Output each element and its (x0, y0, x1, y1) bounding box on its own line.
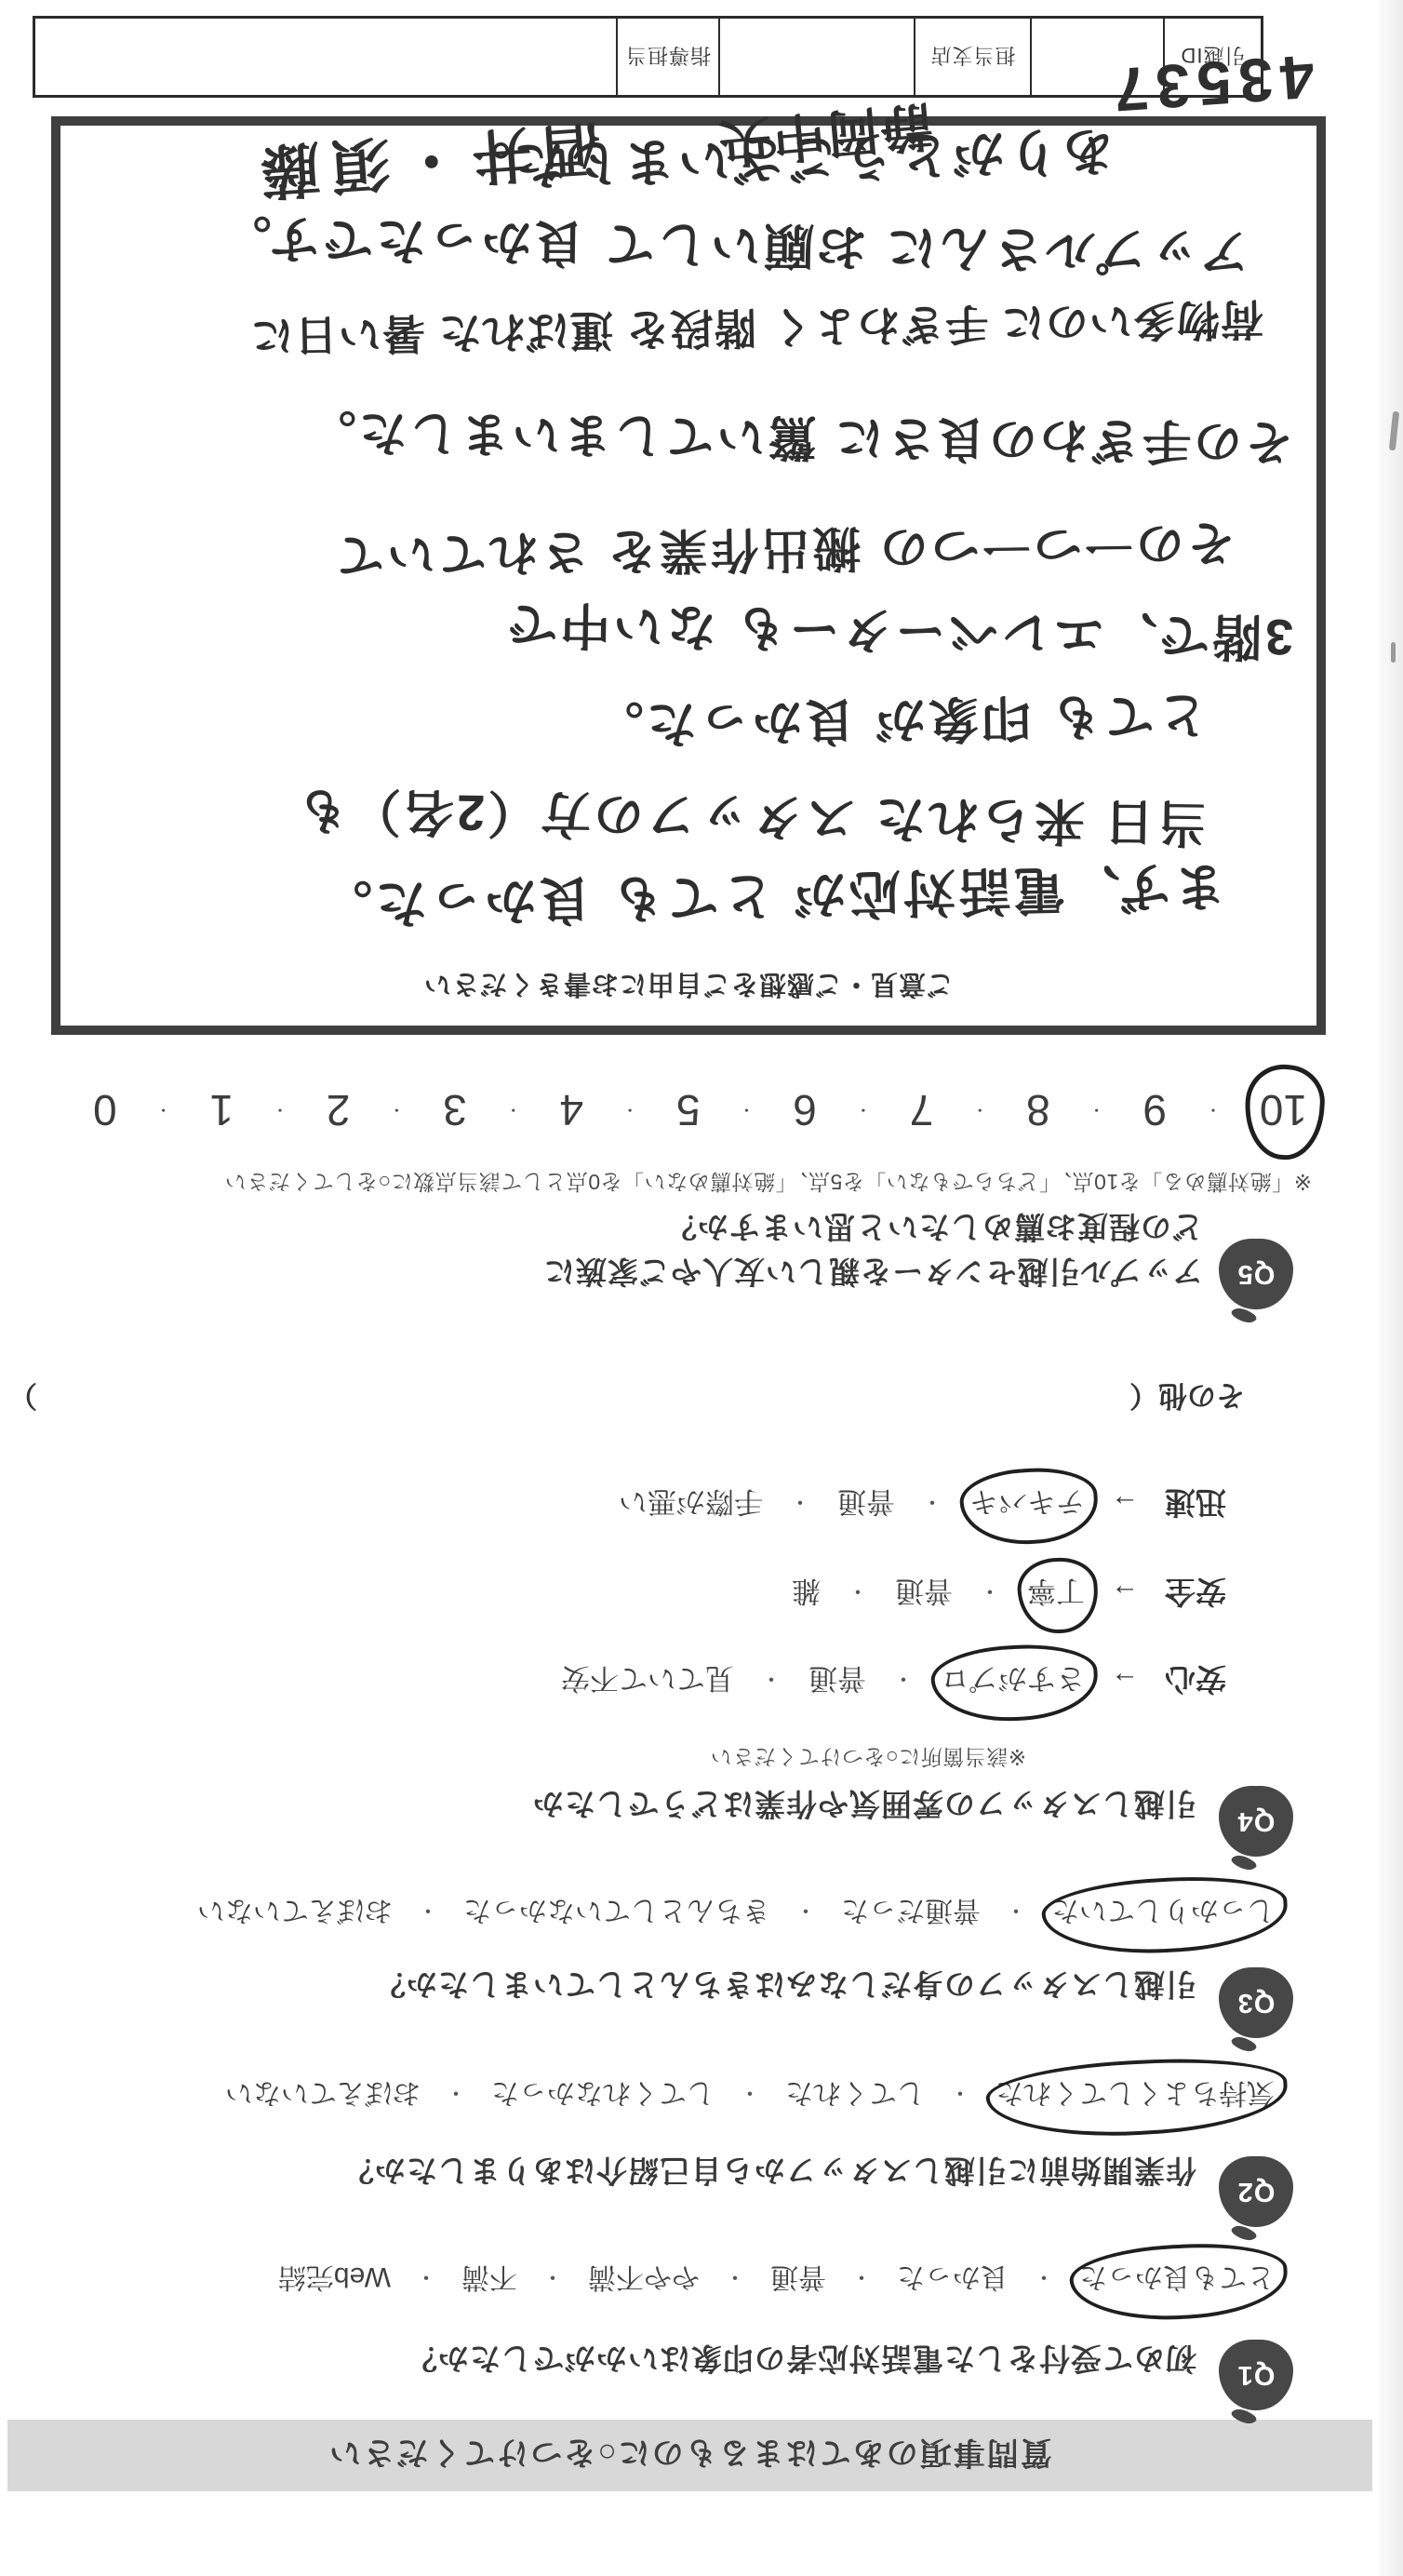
q3-badge-label: Q3 (1237, 1988, 1276, 2019)
scale-separator: ・ (505, 1098, 522, 1122)
scale-value: 2 (327, 1085, 351, 1135)
option-separator: ・ (445, 2080, 467, 2113)
q1-options: とても良かった ・ 良かった ・ 普通 ・ やや不満 ・ 不満 ・ Web完結 (278, 2260, 1275, 2301)
q1-option-selected: とても良かった (1079, 2260, 1275, 2301)
q4-row-jinsoku: 迅速 → テキパキ ・ 普通 ・ 手際が悪い (619, 1483, 1226, 1526)
arrow-right-icon: → (1111, 1489, 1139, 1521)
q2-option-selected: 気持ちよくしてくれた (995, 2075, 1275, 2116)
q5-badge-icon: Q5 (1219, 1239, 1293, 1309)
q4-badge-label: Q4 (1237, 1806, 1276, 1837)
q4-row-anshin: 安心 → さすがプロ ・ 普通 ・ 見ていて不安 (561, 1659, 1226, 1703)
q1-option: 普通 (770, 2260, 826, 2301)
q5-question-line2: どの程度お薦めしたいと思いますか？ (665, 1207, 1203, 1251)
option-separator: ・ (1005, 1898, 1027, 1930)
handwritten-comment-line: 3階で、エレベーターも ない中で (503, 592, 1293, 678)
header-id-table: 引越ID 担当支店 指導担当 (33, 16, 1263, 98)
q5-badge-label: Q5 (1237, 1259, 1276, 1290)
option-separator: ・ (921, 1488, 943, 1521)
leaf-icon (1230, 1850, 1258, 1876)
scanned-survey-page: 質問事項のあてはまるものに○をつけてください Q1 初めて受付をした電話対応者の… (0, 0, 1403, 2576)
option-separator: ・ (850, 2264, 873, 2297)
header-value-branch-cell (718, 19, 914, 95)
option-separator: ・ (847, 1577, 869, 1610)
scale-value: 9 (1142, 1085, 1167, 1135)
scale-separator: ・ (272, 1098, 288, 1122)
arrow-right-icon: → (1111, 1666, 1139, 1697)
q2-options: 気持ちよくしてくれた ・ してくれた ・ してくれなかった ・ おぼえていない (225, 2075, 1275, 2116)
handwritten-moving-id: 43537 (1104, 41, 1316, 126)
q5-rating-scale: 10 ・ 9 ・ 8 ・ 7 ・ 6 ・ 5 ・ 4 ・ 3 ・ 2 ・ 1 ・… (93, 1085, 1307, 1135)
scale-separator: ・ (1205, 1098, 1222, 1122)
scan-artifact (1391, 642, 1396, 663)
option-separator: ・ (417, 1898, 439, 1930)
q4-row-label: 迅速 (1165, 1483, 1226, 1526)
scale-value-selected: 10 (1260, 1085, 1307, 1135)
q2-badge-icon: Q2 (1219, 2156, 1293, 2227)
q1-option: 良かった (897, 2260, 1009, 2301)
header-label-supervisor: 指導担当 (616, 19, 718, 95)
scale-value: 3 (443, 1085, 467, 1135)
q2-option: おぼえていない (225, 2075, 421, 2116)
q4-option-selected: テキパキ (969, 1483, 1085, 1525)
q1-question: 初めて受付をした電話対応者の印象はいかがでしたか？ (406, 2339, 1196, 2382)
q5-question-line1: アップル引越センターを親しい友人やご家族に (543, 1252, 1203, 1295)
scale-separator: ・ (738, 1098, 755, 1122)
comment-box-label: ご意見・ご感想をご自由にお書きください (60, 967, 1316, 1005)
scale-value: 1 (209, 1085, 234, 1135)
q4-option: 見ていて不安 (561, 1660, 734, 1702)
option-separator: ・ (949, 2080, 971, 2113)
q4-row-label: 安全 (1165, 1572, 1226, 1616)
scale-separator: ・ (855, 1098, 872, 1122)
q4-question: 引越しスタッフの雰囲気や作業はどうでしたか (532, 1784, 1196, 1828)
q3-option: きちんとしていなかった (463, 1893, 770, 1934)
q3-option: 普通だった (841, 1893, 981, 1934)
option-separator: ・ (979, 1577, 1001, 1610)
handwritten-comment-line: アップルさんに お願いして 良かったです。 (218, 206, 1250, 291)
leaf-icon (1230, 2032, 1258, 2058)
option-separator: ・ (415, 2264, 437, 2297)
q4-option: 手際が悪い (619, 1483, 763, 1525)
q1-badge-icon: Q1 (1219, 2340, 1293, 2410)
q2-badge-label: Q2 (1237, 2177, 1276, 2207)
handwritten-comment-line: その一つ一つの 搬出作業を されていて (333, 512, 1236, 595)
q3-option: おぼえていない (197, 1893, 393, 1934)
q5-note: ※「絶対薦める」を10点、「どちらでもない」を5点、「絶対薦めない」を0点として… (224, 1168, 1312, 1199)
q3-question: 引越しスタッフの身だしなみはきちんとしていましたか？ (374, 1965, 1196, 2008)
scale-value: 8 (1026, 1085, 1050, 1135)
q4-note: ※該当箇所に○をつけてください (710, 1743, 1026, 1774)
option-separator: ・ (739, 2080, 761, 2113)
scan-edge-shadow (1379, 0, 1403, 2576)
q1-option: Web完結 (278, 2260, 391, 2301)
leaf-icon (1230, 1303, 1258, 1329)
q4-option: 雑 (792, 1573, 821, 1615)
q4-row-label: 安心 (1165, 1659, 1226, 1703)
option-separator: ・ (789, 1488, 811, 1521)
handwritten-comment-line: その手ぎわの良さに 驚いてしまいました。 (304, 401, 1293, 481)
scale-value: 6 (793, 1085, 817, 1135)
scale-separator: ・ (1089, 1098, 1105, 1122)
scale-value: 5 (676, 1085, 701, 1135)
option-separator: ・ (892, 1665, 915, 1697)
header-value-supervisor-cell (35, 19, 616, 95)
handwritten-comment-line: とても 印象が 良かった。 (590, 682, 1208, 765)
option-separator: ・ (795, 1898, 817, 1930)
q2-option: してくれなかった (491, 2075, 715, 2116)
option-separator: ・ (724, 2264, 746, 2297)
scale-value: 7 (910, 1085, 934, 1135)
survey-title-bar: 質問事項のあてはまるものに○をつけてください (7, 2420, 1372, 2491)
q4-option-selected: さすがプロ (941, 1660, 1085, 1702)
q4-badge-icon: Q4 (1219, 1786, 1293, 1857)
q4-row-anzen: 安全 → 丁寧 ・ 普通 ・ 雑 (792, 1572, 1226, 1616)
option-separator: ・ (760, 1665, 782, 1697)
q3-options: しっかりしていた ・ 普通だった ・ きちんとしていなかった ・ おぼえていない (197, 1893, 1275, 1934)
leaf-icon (1230, 2220, 1258, 2247)
scale-separator: ・ (971, 1098, 988, 1122)
handwritten-comment-line: 当日 来られた スタッフの方（2名）も (294, 778, 1208, 863)
q2-option: してくれた (785, 2075, 925, 2116)
q4-option: 普通 (895, 1573, 953, 1615)
q4-option: 普通 (837, 1483, 895, 1525)
arrow-right-icon: → (1111, 1578, 1139, 1610)
q4-other-open: その他（ (1129, 1377, 1245, 1419)
q1-badge-label: Q1 (1237, 2360, 1276, 2391)
scale-value: 4 (560, 1085, 584, 1135)
q3-badge-icon: Q3 (1219, 1967, 1293, 2038)
scale-separator: ・ (621, 1098, 638, 1122)
q4-other-close: ） (8, 1377, 37, 1419)
option-separator: ・ (541, 2264, 564, 2297)
q4-option-selected: 丁寧 (1027, 1573, 1085, 1615)
scale-separator: ・ (155, 1098, 172, 1122)
header-label-branch: 担当支店 (914, 19, 1030, 95)
q4-option: 普通 (808, 1660, 866, 1702)
scale-value: 0 (93, 1085, 117, 1135)
q1-option: 不満 (461, 2260, 517, 2301)
scale-separator: ・ (388, 1098, 405, 1122)
q2-question: 作業開始前に引越しスタッフから自己紹介はありましたか？ (342, 2151, 1196, 2194)
q1-option: やや不満 (588, 2260, 700, 2301)
option-separator: ・ (1033, 2264, 1055, 2297)
q3-option-selected: しっかりしていた (1051, 1893, 1275, 1934)
